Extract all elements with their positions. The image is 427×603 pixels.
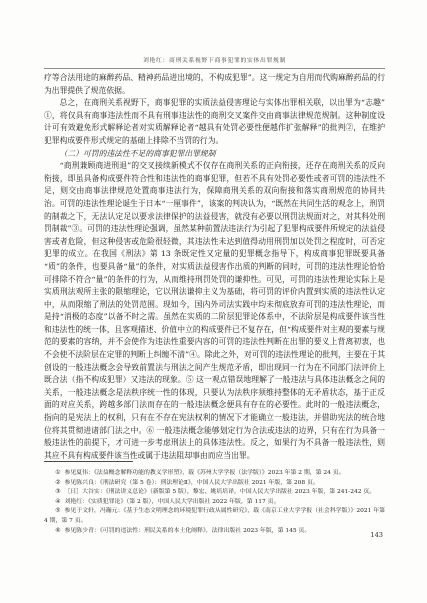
footnote-item: ④刘艳红：《实质犯罪论》（第 2 版），中国人民大学出版社 2022 年版，第 … [44,498,385,508]
body-paragraph: 总之，在商刑关系视野下，商事犯罪的实质法益侵害理论与实体出罪相关联，以出罪为“志… [44,97,385,147]
footnote-marker: ④ [55,499,60,505]
footnote-marker: ③ [55,489,60,495]
running-head: 刘艳红：商刑关系视野下商事犯罪的实体出罪规制 [44,55,385,64]
paper-page: 刘艳红：商刑关系视野下商事犯罪的实体出罪规制 疗等合法用途的麻醉药品、精神药品进… [0,0,427,603]
footnote-item: ①参见夏伟：《法益概念解释功能的教义学形塑》，载《苏州大学学报（法学版）》202… [44,469,385,479]
footnote-text: 参见夏伟：《法益概念解释功能的教义学形塑》，载《苏州大学学报（法学版）》2023… [64,470,344,476]
footnote-item: ③［日］大谷实：《刑法讲义总论》（新版第 5 版），黎宏、姚培培译，中国人民大学… [44,488,385,498]
body-paragraph-continuation: 疗等合法用途的麻醉药品、精神药品进出境的，不构成犯罪”。这一规定为自用而代购麻醉… [44,72,385,97]
footnote-list: ①参见夏伟：《法益概念解释功能的教义学形塑》，载《苏州大学学报（法学版）》202… [44,469,385,536]
header-divider [44,68,385,69]
footnote-item: ⑤参见于文轩，冯瀚元：《基于生态文明理念的环境犯罪行政从属性研究》，载《南京工业… [44,507,385,526]
body-paragraph: “商刑兼顾商进刑退”的交叉接续新模式不仅存在商刑关系的正向衔接，还存在商刑关系的… [44,160,385,462]
footnote-text: 参见于文轩，冯瀚元：《基于生态文明理念的环境犯罪行政从属性研究》，载《南京工业大… [44,508,385,524]
footnote-marker: ⑤ [55,508,60,514]
footnote-item: ②参见陈兴良：《刑法研究（第 5 卷）：刑法理论Ⅱ》，中国人民大学出版社 202… [44,479,385,489]
footnote-marker: ① [55,470,60,476]
page-number: 143 [44,531,383,539]
article-body: 疗等合法用途的麻醉药品、精神药品进出境的，不构成犯罪”。这一规定为自用而代购麻醉… [44,72,385,462]
footnote-text: 参见陈兴良：《刑法研究（第 5 卷）：刑法理论Ⅱ》，中国人民大学出版社 2021… [64,480,318,486]
section-heading: （二）可罚的违法性不足的商事犯罪出罪规制 [44,148,385,161]
footnote-text: 刘艳红：《实质犯罪论》（第 2 版），中国人民大学出版社 2022 年版，第 1… [64,499,279,505]
footnote-marker: ② [55,480,60,486]
footnote-divider [44,461,133,462]
footnote-text: ［日］大谷实：《刑法讲义总论》（新版第 5 版），黎宏、姚培培译，中国人民大学出… [64,489,375,495]
